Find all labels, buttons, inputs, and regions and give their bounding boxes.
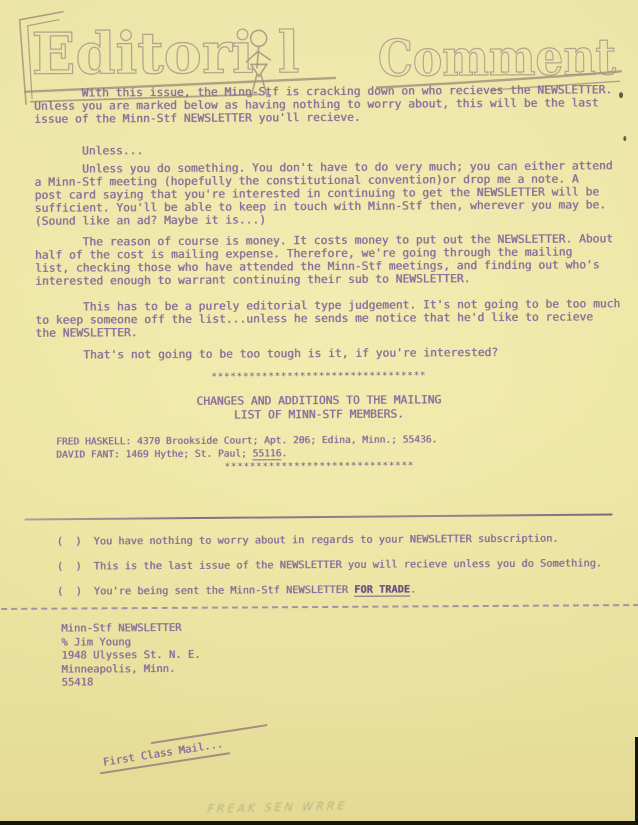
for-trade-underlined: FOR TRADE bbox=[354, 583, 410, 596]
heading-line-2: LIST OF MINN-STF MEMBERS. bbox=[0, 406, 638, 423]
checkbox-label-suffix: . bbox=[410, 583, 416, 595]
checkbox-label: You're being sent the Minn-Stf NEWSLETTE… bbox=[94, 583, 416, 597]
member-entry-period: . bbox=[281, 448, 287, 459]
checkbox-blank: ( ) bbox=[57, 560, 82, 572]
paragraph-unless: Unless... bbox=[34, 144, 143, 158]
asterisk-divider-bottom: ****************************** bbox=[0, 459, 638, 474]
ink-speck bbox=[619, 92, 623, 98]
checkbox-row-for-trade: ( ) You're being sent the Minn-Stf NEWSL… bbox=[57, 583, 416, 597]
member-entry-text: DAVID FANT: 1469 Hythe; St. Paul; bbox=[56, 448, 252, 460]
page-content: Editori l Comment With this issue, the M… bbox=[0, 0, 638, 825]
paragraph-what-to-do: Unless you do something. You don't have … bbox=[34, 159, 613, 228]
ink-speck bbox=[623, 136, 626, 141]
title-word-comment: Comment bbox=[378, 27, 616, 87]
asterisk-divider-top: ********************************** bbox=[0, 369, 638, 384]
member-zip-underlined: 55116 bbox=[253, 448, 282, 460]
paragraph-intro: With this issue, the Minn-Stf is crackin… bbox=[34, 83, 612, 126]
paragraph-judgement: This has to be a purely editorial type j… bbox=[35, 297, 620, 340]
first-class-mail-stamp: First Class Mail... bbox=[101, 724, 271, 774]
member-entry-fant: DAVID FANT: 1469 Hythe; St. Paul; 55116. bbox=[56, 448, 287, 460]
checkbox-row-no-worry: ( ) You have nothing to worry about in r… bbox=[57, 533, 559, 548]
dashed-tear-line bbox=[1, 604, 638, 610]
pencil-note: FREAK SEN WRRE bbox=[207, 800, 348, 816]
title-word-editori: Editori bbox=[32, 19, 254, 87]
title-word-l: l bbox=[278, 19, 300, 86]
horizontal-rule bbox=[25, 513, 613, 520]
checkbox-blank: ( ) bbox=[57, 585, 82, 597]
return-address: Minn-Stf NEWSLETTER % Jim Young 1948 Uly… bbox=[61, 622, 200, 691]
scan-edge-bottom bbox=[0, 821, 638, 825]
mailing-list-heading: CHANGES AND ADDITIONS TO THE MAILING LIS… bbox=[0, 392, 638, 423]
paragraph-money: The reason of course is money. It costs … bbox=[35, 232, 613, 288]
checkbox-label-prefix: You're being sent the Minn-Stf NEWSLETTE… bbox=[94, 584, 354, 598]
member-entry-haskell: FRED HASKELL: 4370 Brookside Court; Apt.… bbox=[56, 434, 437, 447]
checkbox-row-last-issue: ( ) This is the last issue of the NEWSLE… bbox=[57, 557, 602, 572]
checkbox-label: This is the last issue of the NEWSLETTER… bbox=[94, 557, 602, 572]
checkbox-label: You have nothing to worry about in regar… bbox=[94, 533, 559, 548]
paragraph-not-too-tough: That's not going to be too tough is it, … bbox=[36, 346, 499, 362]
newsletter-scan-page: Editori l Comment With this issue, the M… bbox=[0, 0, 638, 825]
checkbox-blank: ( ) bbox=[57, 535, 82, 547]
